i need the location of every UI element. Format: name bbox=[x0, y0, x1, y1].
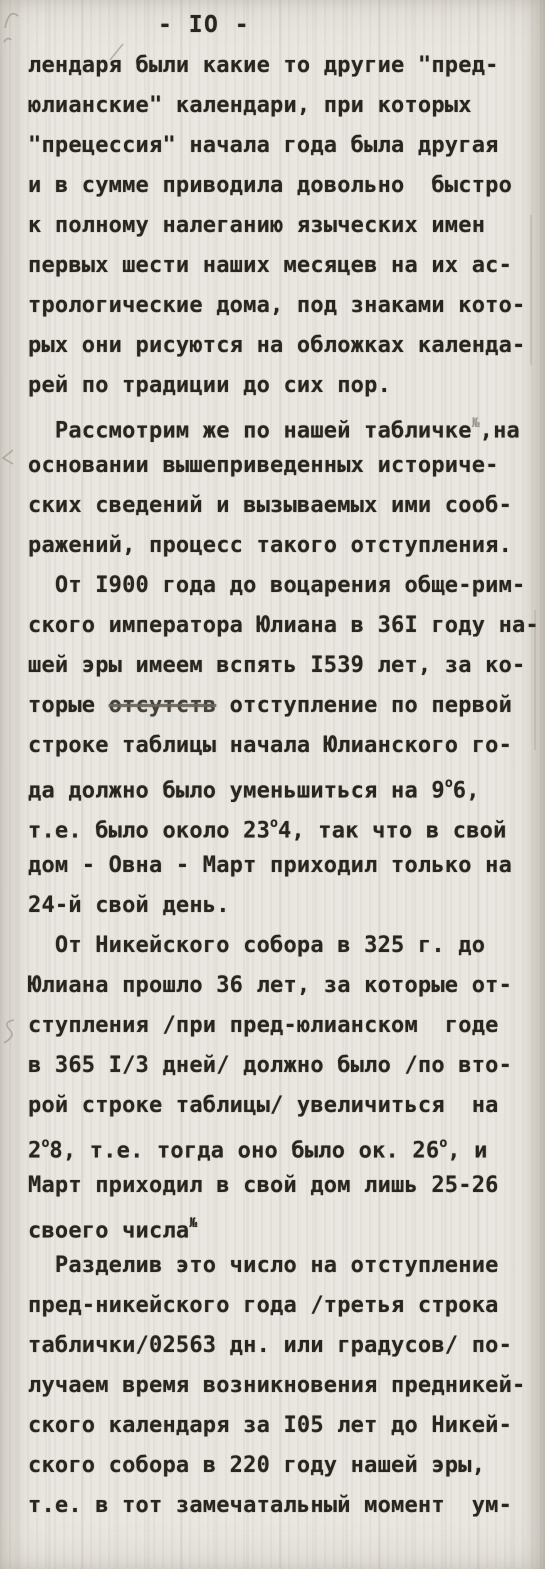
text-line: т.е. в тот замечатальный момент ум- bbox=[28, 1486, 539, 1526]
text-line: ского календаря за I05 лет до Никей- bbox=[28, 1406, 539, 1446]
text-line: Рассмотрим же по нашей табличке№,на bbox=[28, 406, 539, 446]
text-line: торые отсутств отступление по первой bbox=[28, 686, 539, 726]
pencil-mark bbox=[2, 4, 24, 44]
text-line: ступления /при пред-юлианском годе bbox=[28, 1006, 539, 1046]
paper-crease bbox=[530, 215, 532, 365]
text-line: лучаем время возникновения предникей- bbox=[28, 1366, 539, 1406]
text-line: рых они рисуются на обложках календа- bbox=[28, 326, 539, 366]
text-line: рей по традиции до сих пор. bbox=[28, 366, 539, 406]
text-line: "прецессия" начала года была другая bbox=[28, 126, 539, 166]
scanned-document-page: - IO - лендаря были какие то другие "пре… bbox=[0, 0, 545, 1569]
text-line: Юлиана прошло 36 лет, за которые от- bbox=[28, 966, 539, 1006]
text-line: ских сведений и вызываемых ими сооб- bbox=[28, 486, 539, 526]
text-line: ражений, процесс такого отступления. bbox=[28, 526, 539, 566]
text-line: к полному налеганию языческих имен bbox=[28, 206, 539, 246]
text-line: да должно было уменьшиться на 9о6, bbox=[28, 766, 539, 806]
text-line: первых шести наших месяцев на их ас- bbox=[28, 246, 539, 286]
text-line: и в сумме приводила довольно быстро bbox=[28, 166, 539, 206]
text-line: лендаря были какие то другие "пред- bbox=[28, 46, 539, 86]
paper-crease bbox=[534, 610, 536, 750]
text-line: т.е. было около 23о4, так что в свой bbox=[28, 806, 539, 846]
text-line: шей эры имеем вспять I539 лет, за ко- bbox=[28, 646, 539, 686]
text-line: 2о8, т.е. тогда оно было ок. 26о, и bbox=[28, 1126, 539, 1166]
text-line: строке таблицы начала Юлианского го- bbox=[28, 726, 539, 766]
text-line: ского собора в 220 году нашей эры, bbox=[28, 1446, 539, 1486]
pencil-mark bbox=[108, 42, 126, 62]
text-line: От I900 года до воцарения обще-рим- bbox=[28, 566, 539, 606]
text-line: в 365 I/3 дней/ должно было /по вто- bbox=[28, 1046, 539, 1086]
text-line: трологические дома, под знаками кото- bbox=[28, 286, 539, 326]
text-line: юлианские" календари, при которых bbox=[28, 86, 539, 126]
text-line: своего числа№ bbox=[28, 1206, 539, 1246]
text-line: основании вышеприведенных историче- bbox=[28, 446, 539, 486]
text-line: 24-й свой день. bbox=[28, 886, 539, 926]
text-line: ского императора Юлиана в 36I году на- bbox=[28, 606, 539, 646]
text-line: Разделив это число на отступление bbox=[28, 1246, 539, 1286]
text-line: дом - Овна - Март приходил только на bbox=[28, 846, 539, 886]
text-line: От Никейского собора в 325 г. до bbox=[28, 926, 539, 966]
page-number: - IO - bbox=[158, 12, 250, 38]
text-line: таблички/02563 дн. или градусов/ по- bbox=[28, 1326, 539, 1366]
pencil-mark bbox=[0, 448, 16, 470]
text-line: рой строке таблицы/ увеличиться на bbox=[28, 1086, 539, 1126]
text-line: пред-никейского года /третья строка bbox=[28, 1286, 539, 1326]
pencil-mark bbox=[0, 1016, 18, 1046]
text-line: Март приходил в свой дом лишь 25-26 bbox=[28, 1166, 539, 1206]
typewritten-text: лендаря были какие то другие "пред-юлиан… bbox=[28, 46, 539, 1526]
